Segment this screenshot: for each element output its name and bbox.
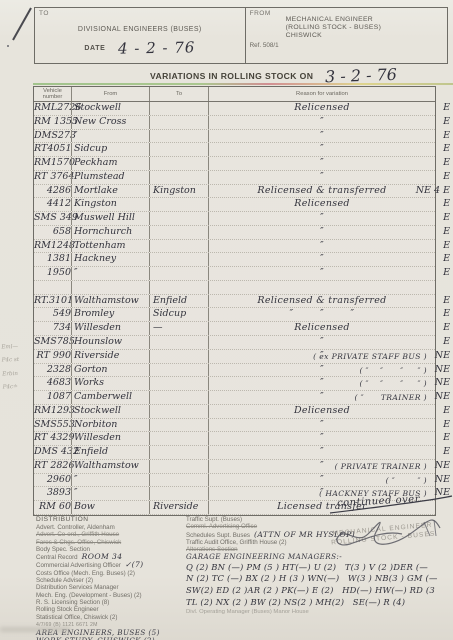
reason-text: ″ (320, 446, 324, 457)
table-row: 1950″″E (34, 267, 435, 281)
struck-text: Fares & Chgs. Office, Chiswick (36, 539, 121, 546)
from-garage-cell: Riverside (71, 350, 149, 363)
table-row: 1381Hackney″E (34, 253, 435, 267)
reason-text: ″ (320, 253, 324, 264)
vehicle-number-cell (34, 281, 71, 294)
line-text: Statistical Office, Chiswick (2) (36, 614, 117, 621)
line-text: Costs Office (Mech. Eng. Buses) (2) (36, 570, 135, 577)
table-row: RT.3101WalthamstowEnfieldRelicensed & tr… (34, 295, 435, 309)
to-garage-cell (149, 446, 208, 459)
from-garage-cell: Mortlake (71, 185, 149, 198)
reason-text: ″ (320, 432, 324, 443)
vehicle-number-cell: RT.3101 (34, 295, 71, 308)
table-row: RM1293StockwellDelicensedE (34, 405, 435, 419)
to-garage-cell (149, 364, 208, 377)
table-row: RM1570Peckham″E (34, 157, 435, 171)
sender-line: MECHANICAL ENGINEER (286, 16, 382, 24)
licence-status-mark: E (443, 116, 450, 127)
garage-codes-line: Q (2) BN (—) PM (5 ) HT(—) U (2) T(3 ) V… (186, 562, 396, 574)
garage-codes-line: SW(2) ED (2 )AR (2 ) PK(—) E (2) HD(—) H… (186, 585, 396, 597)
licence-status-mark: NE (435, 350, 450, 361)
to-label: TO (39, 10, 49, 17)
to-garage-cell (149, 336, 208, 349)
reason-text: ″ (320, 212, 324, 223)
from-garage-cell: Works (71, 377, 149, 390)
to-garage-cell (149, 267, 208, 280)
distribution-line: Costs Office (Mech. Eng. Buses) (2) (36, 570, 186, 577)
reason-text: ″ (320, 267, 324, 278)
from-box: FROM MECHANICAL ENGINEER (ROLLING STOCK … (246, 8, 447, 63)
vehicle-number-cell: DMS 432 (34, 446, 71, 459)
licence-status-mark: E (443, 143, 450, 154)
distribution-middle-lines: Traffic Supt. (Buses)Comml. Advertising … (186, 516, 396, 616)
reason-text: ″ (320, 364, 324, 375)
line-text: Commercial Advertising Officer (36, 562, 121, 569)
from-garage-cell: Stockwell (71, 405, 149, 418)
to-garage-cell (149, 377, 208, 390)
table-row: SMS553Norbiton″E (34, 419, 435, 433)
table-row: 4286MortlakeKingstonRelicensed & transfe… (34, 185, 435, 199)
licence-status-mark: E (443, 212, 450, 223)
reason-text: ″ (320, 391, 324, 402)
table-row: 1087Camberwell″( ″ TRAINER )NE (34, 391, 435, 405)
reason-note: ( ″ ″ ) (386, 475, 427, 487)
reason-text: Relicensed & transferred (257, 295, 386, 306)
table-row: RT 2826Walthamstow″( PRIVATE TRAINER )NE (34, 460, 435, 474)
distribution-line: Statistical Office, Chiswick (2) (36, 614, 186, 621)
reason-note: ( ex PRIVATE STAFF BUS ) (313, 351, 427, 363)
table-row: RM1248Tottenham″E (34, 240, 435, 254)
to-box: TO DIVISIONAL ENGINEERS (BUSES) DATE 4 -… (35, 8, 246, 63)
header-boxes: TO DIVISIONAL ENGINEERS (BUSES) DATE 4 -… (34, 7, 448, 64)
handwritten-annotation: ROOM 34 (82, 552, 123, 561)
to-garage-cell (149, 474, 208, 487)
table-row: RT 4329Willesden″E (34, 432, 435, 446)
reason-note: ( ″ ″ ″ ″ ) (359, 378, 427, 390)
licence-status-mark: E (443, 102, 450, 113)
vehicle-number-cell: 1087 (34, 391, 71, 404)
reason-cell: ″ (208, 116, 435, 129)
struck-text: Advert. Co-ord., Griffith House (36, 531, 119, 538)
distribution-line: Divl. Operating Manager (Buses) Manor Ho… (186, 608, 396, 616)
date-line: DATE 4 - 2 - 76 (35, 39, 245, 58)
licence-status-mark: E (443, 405, 450, 416)
reason-text: ″ (320, 143, 324, 154)
table-header-row: Vehicle number From To Reason for variat… (34, 87, 435, 102)
licence-status-mark: NE (435, 364, 450, 375)
table-row: 2960″″( ″ ″ )NE (34, 474, 435, 488)
to-garage-cell: Riverside (149, 501, 208, 514)
distribution-line: Commercial Advertising Officer✓(7) (36, 561, 186, 569)
licence-status-mark: E (443, 336, 450, 347)
table-row: RML2726StockwellRelicensedE (34, 102, 435, 116)
from-garage-cell: Hackney (71, 253, 149, 266)
pencil-note: Eml— (1, 340, 31, 354)
to-garage-cell (149, 350, 208, 363)
licence-status-mark: E (443, 432, 450, 443)
vehicle-number-cell: 658 (34, 226, 71, 239)
reason-note: ( PRIVATE TRAINER ) (335, 461, 427, 473)
line-text: R. S. Licensing Section (8) (36, 599, 109, 606)
licence-status-mark: E (443, 130, 450, 141)
reason-text: Delicensed (294, 405, 350, 416)
vehicle-number-cell: 4683 (34, 377, 71, 390)
reason-cell: ″ (208, 419, 435, 432)
licence-status-mark: E (443, 295, 450, 306)
reason-text: ″ (320, 377, 324, 388)
distribution-line: Distribution Services Manager (36, 584, 186, 591)
reason-cell: Delicensed (208, 405, 435, 418)
line-text: SW(2) ED (2 )AR (2 ) PK(—) E (2) HD(—) H… (186, 585, 435, 595)
to-garage-cell (149, 212, 208, 225)
licence-status-mark: E (443, 198, 450, 209)
to-garage-cell: Kingston (149, 185, 208, 198)
pencil-note: Erbin (2, 367, 32, 381)
to-garage-cell (149, 130, 208, 143)
table-row: RT 3764Plumstead″E (34, 171, 435, 185)
licence-status-mark: E (443, 157, 450, 168)
vehicle-number-cell: SMS553 (34, 419, 71, 432)
vehicle-number-cell: RT 3764 (34, 171, 71, 184)
from-garage-cell: Walthamstow (71, 460, 149, 473)
distribution-list-left: DISTRIBUTION Advert. Controller, Aldenha… (36, 516, 186, 640)
reason-text: ″ (320, 460, 324, 471)
licence-status-mark: E (443, 240, 450, 251)
line-text: Divl. Operating Manager (Buses) Manor Ho… (186, 609, 309, 615)
rolling-stock-table: Vehicle number From To Reason for variat… (33, 86, 436, 516)
from-garage-cell: Camberwell (71, 391, 149, 404)
line-text: Traffic Audit Office, Griffith House (2) (186, 539, 287, 546)
corner-slash-mark (13, 8, 31, 40)
column-header-vehicle-number: Vehicle number (34, 87, 71, 101)
reason-text: ″ (320, 130, 324, 141)
reason-cell: ″ (208, 226, 435, 239)
column-header-from: From (71, 87, 149, 101)
table-row (34, 281, 435, 295)
sender-address: MECHANICAL ENGINEER (ROLLING STOCK - BUS… (286, 16, 382, 41)
vehicle-number-cell: RM1570 (34, 157, 71, 170)
reference-number: Ref. 508/1 (250, 42, 279, 49)
licence-status-mark: NE 4 E (416, 185, 450, 196)
reason-text: ″ (320, 157, 324, 168)
from-garage-cell: Walthamstow (71, 295, 149, 308)
reason-text: ″ (320, 116, 324, 127)
vehicle-number-cell: 549 (34, 308, 71, 321)
from-garage-cell: Gorton (71, 364, 149, 377)
reason-cell: ″ (208, 336, 435, 349)
table-row: RM 1355New Cross″E (34, 116, 435, 130)
scan-smudge (0, 627, 70, 632)
licence-status-mark: E (443, 226, 450, 237)
vehicle-number-cell: RT 990 (34, 350, 71, 363)
vehicle-number-cell: SMS785 (34, 336, 71, 349)
handwritten-annotation: (ATTN OF MR HYSLOP) (254, 530, 355, 539)
pencil-margin-notes: Eml—P4c stErbinP4c≐ (1, 340, 33, 395)
from-garage-cell: Enfield (71, 446, 149, 459)
reason-cell: ″( PRIVATE TRAINER ) (208, 460, 435, 473)
reason-text: ″ (320, 336, 324, 347)
table-row: 658Hornchurch″E (34, 226, 435, 240)
reason-text: ″ (320, 474, 324, 485)
handwritten-date: 4 - 2 - 76 (118, 38, 196, 57)
reason-cell: ″ (208, 267, 435, 280)
vehicle-number-cell: 2328 (34, 364, 71, 377)
to-garage-cell (149, 391, 208, 404)
vehicle-number-cell: RM 1355 (34, 116, 71, 129)
reason-cell: ″( ″ ″ ″ ″ ) (208, 377, 435, 390)
reason-cell: ″( ″ ″ ) (208, 474, 435, 487)
line-text: Distribution Services Manager (36, 584, 119, 591)
from-garage-cell: Hornchurch (71, 226, 149, 239)
from-garage-cell: Hounslow (71, 336, 149, 349)
reason-cell: ″ ″ ″ (208, 308, 435, 321)
licence-status-mark: NE (435, 391, 450, 402)
vehicle-number-cell: RT4051 (34, 143, 71, 156)
vehicle-number-cell: SMS 349 (34, 212, 71, 225)
from-garage-cell: Bow (71, 501, 149, 514)
to-garage-cell: Enfield (149, 295, 208, 308)
to-garage-cell (149, 226, 208, 239)
distribution-line: Mech. Eng. (Development - Buses) (2) (36, 592, 186, 599)
reason-text: ″ (320, 226, 324, 237)
reason-cell: ″( ex PRIVATE STAFF BUS ) (208, 350, 435, 363)
reason-cell: Relicensed (208, 198, 435, 211)
from-garage-cell: Stockwell (71, 102, 149, 115)
from-garage-cell: Bromley (71, 308, 149, 321)
licence-status-mark: E (443, 446, 450, 457)
distribution-line: Rolling Stock Engineer (36, 606, 186, 613)
line-text: N (2) TC (—) BX (2 ) H (3 ) WN(—) W(3 ) … (186, 573, 438, 583)
column-header-to: To (149, 87, 208, 101)
addressee: DIVISIONAL ENGINEERS (BUSES) (35, 26, 245, 33)
distribution-left-lines: Advert. Controller, AldenhamAdvert. Co-o… (36, 524, 186, 640)
from-garage-cell: ″ (71, 474, 149, 487)
vehicle-number-cell: 2960 (34, 474, 71, 487)
licence-status-mark: NE (435, 487, 450, 498)
scan-artifact-line (33, 83, 453, 85)
reason-note: ( ″ TRAINER ) (355, 392, 427, 404)
reason-text: Relicensed (294, 322, 350, 333)
from-garage-cell: Muswell Hill (71, 212, 149, 225)
distribution-line: Schedules Supt. Buses(ATTN OF MR HYSLOP) (186, 531, 396, 539)
from-garage-cell: Willesden (71, 432, 149, 445)
from-label: FROM (250, 10, 271, 17)
line-text: Mech. Eng. (Development - Buses) (2) (36, 592, 142, 599)
from-garage-cell: Kingston (71, 198, 149, 211)
vehicle-number-cell: 4412 (34, 198, 71, 211)
struck-text: Comml. Advertising Office (186, 523, 257, 530)
reason-text: ″ ″ ″ (290, 308, 355, 319)
table-row: 4683Works″( ″ ″ ″ ″ )NE (34, 377, 435, 391)
vehicle-number-cell: RT 4329 (34, 432, 71, 445)
licence-status-mark: E (443, 419, 450, 430)
table-row: SMS 349Muswell Hill″E (34, 212, 435, 226)
line-text: TL (2) NX (2 ) BW (2) NS(2 ) MH(2) SE(—)… (186, 597, 405, 607)
vehicle-number-cell: 1381 (34, 253, 71, 266)
reason-cell: Relicensed (208, 322, 435, 335)
sender-line: (ROLLING STOCK - BUSES) (286, 24, 382, 32)
pencil-note: P4c≐ (2, 381, 32, 395)
distribution-line: Traffic Audit Office, Griffith House (2) (186, 539, 396, 546)
from-garage-cell: Norbiton (71, 419, 149, 432)
reason-cell: ″ (208, 130, 435, 143)
from-garage-cell: Plumstead (71, 171, 149, 184)
licence-status-mark: E (443, 267, 450, 278)
line-text: Schedules Supt. Buses (186, 532, 250, 539)
reason-cell: ″ (208, 432, 435, 445)
reason-cell: ″ (208, 446, 435, 459)
licence-status-mark: E (443, 308, 450, 319)
sender-line: CHISWICK (286, 32, 382, 40)
distribution-heading: DISTRIBUTION (36, 516, 186, 523)
table-row: SMS785Hounslow″E (34, 336, 435, 350)
from-garage-cell: Willesden (71, 322, 149, 335)
distribution-line: Central RecordROOM 34 (36, 553, 186, 561)
licence-status-mark: NE (435, 377, 450, 388)
vehicle-number-cell: 1950 (34, 267, 71, 280)
vehicle-number-cell: 734 (34, 322, 71, 335)
table-row: 734Willesden—RelicensedE (34, 322, 435, 336)
reason-cell: ″ (208, 240, 435, 253)
to-garage-cell (149, 419, 208, 432)
licence-status-mark: NE (435, 460, 450, 471)
table-row: DMS 432Enfield″E (34, 446, 435, 460)
to-garage-cell (149, 143, 208, 156)
to-garage-cell (149, 171, 208, 184)
to-garage-cell (149, 198, 208, 211)
distribution-line: Advert. Controller, Aldenham (36, 524, 186, 531)
table-row: DMS273″″E (34, 130, 435, 144)
table-row: RT4051Sidcup″E (34, 143, 435, 157)
pencil-dot (7, 45, 9, 47)
to-garage-cell (149, 116, 208, 129)
reason-cell: ″ (208, 253, 435, 266)
reason-text: ″ (320, 240, 324, 251)
scanned-form-page: TO DIVISIONAL ENGINEERS (BUSES) DATE 4 -… (0, 0, 453, 640)
reason-cell: ″ (208, 171, 435, 184)
reason-cell: ″( ″ TRAINER ) (208, 391, 435, 404)
distribution-line: R. S. Licensing Section (8) (36, 599, 186, 606)
handwritten-distribution-line: GARAGE ENGINEERING MANAGERS:- (186, 553, 396, 561)
line-text: Traffic Supt. (Buses) (186, 516, 242, 523)
to-garage-cell: — (149, 322, 208, 335)
distribution-line: Advert. Co-ord., Griffith House (36, 531, 186, 538)
column-header-reason: Reason for variation (208, 87, 435, 101)
reason-cell: ″ (208, 157, 435, 170)
vehicle-number-cell: RM1293 (34, 405, 71, 418)
distribution-list-middle: Traffic Supt. (Buses)Comml. Advertising … (186, 516, 396, 616)
reason-text: Relicensed (294, 198, 350, 209)
garage-codes-line: N (2) TC (—) BX (2 ) H (3 ) WN(—) W(3 ) … (186, 573, 396, 585)
licence-status-mark: E (443, 171, 450, 182)
line-text: Rolling Stock Engineer (36, 606, 99, 613)
distribution-line: Traffic Supt. (Buses) (186, 516, 396, 523)
vehicle-number-cell: RT 2826 (34, 460, 71, 473)
to-garage-cell (149, 240, 208, 253)
title-text: VARIATIONS IN ROLLING STOCK ON (150, 71, 313, 81)
reason-text: Relicensed (294, 102, 350, 113)
reason-cell: Relicensed & transferred (208, 185, 435, 198)
table-row: 2328Gorton″( ″ ″ ″ ″ )NE (34, 364, 435, 378)
line-text: Central Record (36, 554, 78, 561)
reason-cell: ″ (208, 143, 435, 156)
handwritten-annotation: ✓(7) (125, 560, 144, 569)
to-garage-cell (149, 253, 208, 266)
line-text: WORK STUDY, CHISWICK (2) (36, 636, 155, 640)
table-row: RT 990Riverside″( ex PRIVATE STAFF BUS )… (34, 350, 435, 364)
vehicle-number-cell: RML2726 (34, 102, 71, 115)
from-garage-cell: Sidcup (71, 143, 149, 156)
reason-cell: Relicensed & transferred (208, 295, 435, 308)
vehicle-number-cell: RM1248 (34, 240, 71, 253)
vehicle-number-cell: DMS273 (34, 130, 71, 143)
line-text: Schedule Adviser (2) (36, 577, 93, 584)
table-body: RML2726StockwellRelicensedERM 1355New Cr… (34, 102, 435, 515)
to-garage-cell (149, 405, 208, 418)
licence-status-mark: E (443, 253, 450, 264)
to-garage-cell (149, 432, 208, 445)
from-garage-cell: ″ (71, 487, 149, 500)
reason-cell (208, 281, 435, 294)
to-garage-cell (149, 487, 208, 500)
vehicle-number-cell: 4286 (34, 185, 71, 198)
table-row: 549BromleySidcup″ ″ ″E (34, 308, 435, 322)
to-garage-cell (149, 460, 208, 473)
distribution-line: Fares & Chgs. Office, Chiswick (36, 539, 186, 546)
from-garage-cell: ″ (71, 267, 149, 280)
reason-cell: ″( ″ ″ ″ ″ ) (208, 364, 435, 377)
pencil-note: P4c st (2, 354, 32, 368)
licence-status-mark: NE (435, 474, 450, 485)
from-garage-cell: ″ (71, 130, 149, 143)
from-garage-cell: Tottenham (71, 240, 149, 253)
distribution-line: Schedule Adviser (2) (36, 577, 186, 584)
licence-status-mark: E (443, 322, 450, 333)
reason-cell: Relicensed (208, 102, 435, 115)
garage-codes-line: TL (2) NX (2 ) BW (2) NS(2 ) MH(2) SE(—)… (186, 597, 396, 609)
reason-note: ( ″ ″ ″ ″ ) (359, 365, 427, 377)
table-row: 4412KingstonRelicensedE (34, 198, 435, 212)
from-garage-cell: Peckham (71, 157, 149, 170)
vehicle-number-cell: 3893 (34, 487, 71, 500)
date-label: DATE (84, 45, 105, 52)
reason-text: ″ (320, 419, 324, 430)
line-text: Advert. Controller, Aldenham (36, 524, 115, 531)
vehicle-number-cell: RM 60 (34, 501, 71, 514)
line-text: GARAGE ENGINEERING MANAGERS:- (186, 552, 342, 561)
reason-cell: ″ (208, 212, 435, 225)
from-garage-cell (71, 281, 149, 294)
to-garage-cell (149, 281, 208, 294)
to-garage-cell (149, 102, 208, 115)
reason-text: ″ (320, 171, 324, 182)
line-text: Q (2) BN (—) PM (5 ) HT(—) U (2) T(3 ) V… (186, 562, 428, 572)
to-garage-cell (149, 157, 208, 170)
reason-text: Relicensed & transferred (257, 185, 386, 196)
to-garage-cell: Sidcup (149, 308, 208, 321)
from-garage-cell: New Cross (71, 116, 149, 129)
